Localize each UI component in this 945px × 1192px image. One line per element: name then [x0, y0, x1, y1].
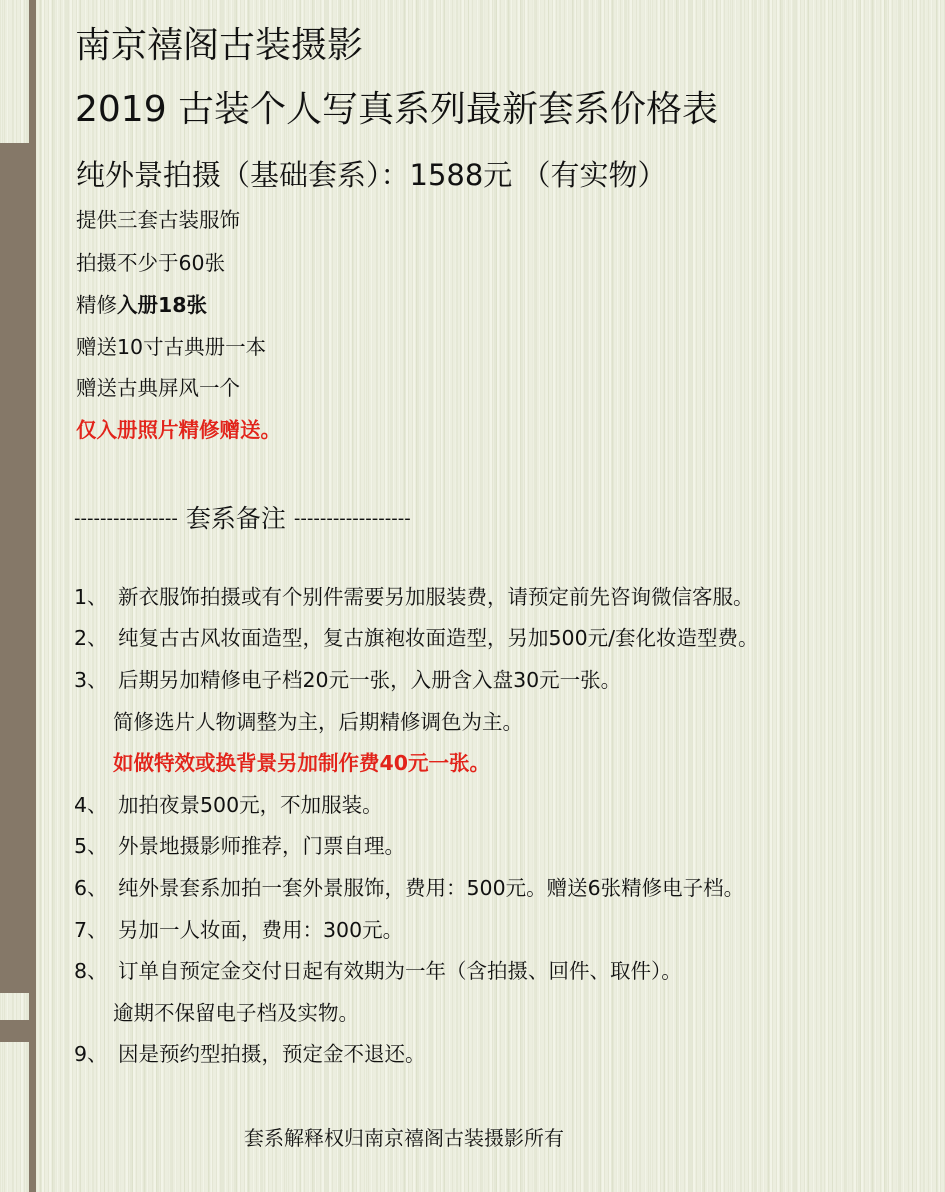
note-number: 9、 [74, 1040, 118, 1068]
note-item: 7、另加一人妆面，费用：300元。 [74, 916, 403, 944]
note-text: 因是预约型拍摄，预定金不退还。 [118, 1042, 426, 1066]
note-item: 2、纯复古古风妆面造型，复古旗袍妆面造型，另加500元/套化妆造型费。 [74, 624, 759, 652]
note-number: 7、 [74, 916, 118, 944]
note-continuation: 简修选片人物调整为主，后期精修调色为主。 [113, 708, 523, 736]
note-item: 6、纯外景套系加拍一套外景服饰，费用：500元。赠送6张精修电子档。 [74, 874, 744, 902]
feature-item: 提供三套古装服饰 [76, 206, 240, 234]
note-number: 5、 [74, 832, 118, 860]
feature-item: 赠送10寸古典册一本 [76, 333, 266, 361]
note-number: 4、 [74, 791, 118, 819]
divider-dash-right: ------------------ [294, 508, 411, 529]
package-title: 纯外景拍摄（基础套系）：1588元 （有实物） [76, 156, 667, 194]
note-highlight: 如做特效或换背景另加制作费40元一张。 [113, 749, 490, 777]
price-list-title: 2019 古装个人写真系列最新套系价格表 [75, 88, 718, 132]
feature-item: 赠送古典屏风一个 [76, 374, 240, 402]
notes-divider: ---------------- 套系备注 ------------------ [74, 502, 411, 536]
feature-bold: 入册18张 [117, 293, 207, 317]
divider-dash-left: ---------------- [74, 508, 178, 529]
note-text: 纯复古古风妆面造型，复古旗袍妆面造型，另加500元/套化妆造型费。 [118, 626, 759, 650]
note-item: 1、新衣服饰拍摄或有个别件需要另加服装费，请预定前先咨询微信客服。 [74, 583, 754, 611]
studio-name: 南京禧阁古装摄影 [75, 24, 363, 68]
note-number: 6、 [74, 874, 118, 902]
note-item: 8、订单自预定金交付日起有效期为一年（含拍摄、回件、取件）。 [74, 957, 682, 985]
note-text: 外景地摄影师推荐，门票自理。 [118, 834, 405, 858]
note-item: 4、加拍夜景500元，不加服装。 [74, 791, 383, 819]
feature-item: 精修入册18张 [76, 291, 207, 319]
note-text: 后期另加精修电子档20元一张，入册含入盘30元一张。 [118, 668, 621, 692]
note-continuation: 逾期不保留电子档及实物。 [113, 999, 359, 1027]
note-number: 8、 [74, 957, 118, 985]
note-text: 另加一人妆面，费用：300元。 [118, 918, 403, 942]
note-text: 新衣服饰拍摄或有个别件需要另加服装费，请预定前先咨询微信客服。 [118, 585, 754, 609]
feature-item: 拍摄不少于60张 [76, 249, 225, 277]
note-number: 1、 [74, 583, 118, 611]
package-highlight: 仅入册照片精修赠送。 [76, 416, 281, 444]
note-text: 加拍夜景500元，不加服装。 [118, 793, 383, 817]
note-item: 9、因是预约型拍摄，预定金不退还。 [74, 1040, 426, 1068]
note-text: 纯外景套系加拍一套外景服饰，费用：500元。赠送6张精修电子档。 [118, 876, 744, 900]
notes-heading: 套系备注 [186, 504, 286, 533]
note-item: 3、后期另加精修电子档20元一张，入册含入盘30元一张。 [74, 666, 621, 694]
frame-block-bottom [0, 1020, 36, 1042]
note-item: 5、外景地摄影师推荐，门票自理。 [74, 832, 405, 860]
note-text: 订单自预定金交付日起有效期为一年（含拍摄、回件、取件）。 [118, 959, 682, 983]
feature-prefix: 精修 [76, 293, 117, 317]
frame-block-top [0, 143, 36, 993]
note-number: 3、 [74, 666, 118, 694]
note-number: 2、 [74, 624, 118, 652]
footer-copyright: 套系解释权归南京禧阁古装摄影所有 [244, 1124, 564, 1152]
